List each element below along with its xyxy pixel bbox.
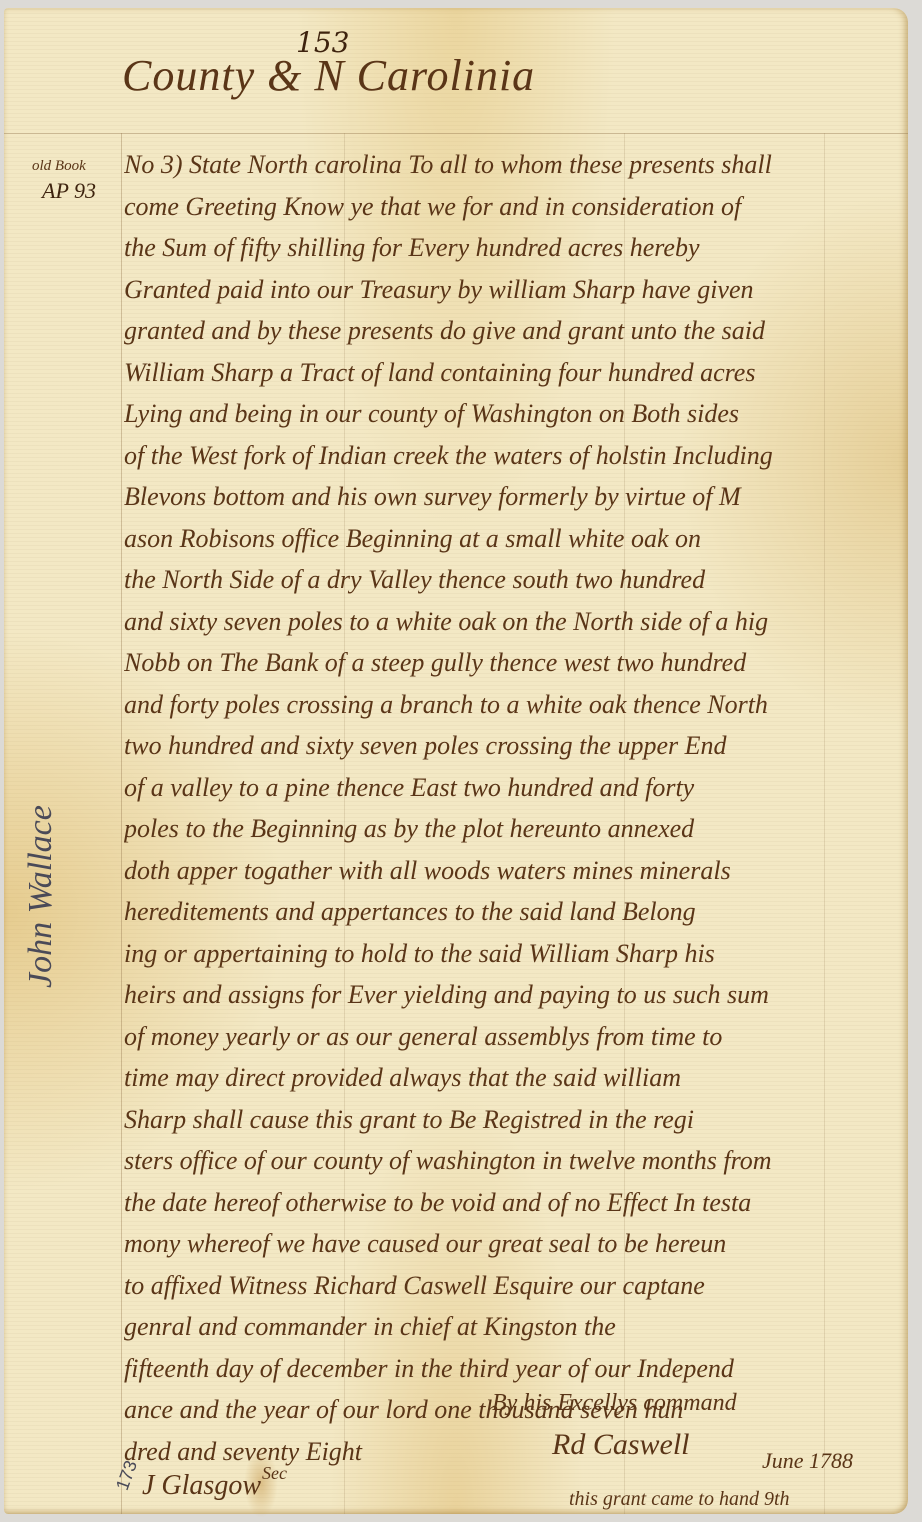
recorded-note: this grant came to hand 9th (569, 1488, 790, 1511)
body-line: Blevons bottom and his own survey former… (124, 476, 914, 518)
body-line: mony whereof we have caused our great se… (124, 1223, 914, 1265)
body-line: time may direct provided always that the… (124, 1057, 914, 1099)
body-line: hereditements and appertances to the sai… (124, 891, 914, 933)
body-line: Granted paid into our Treasury by willia… (124, 269, 914, 311)
body-line: genral and commander in chief at Kingsto… (124, 1306, 914, 1348)
body-line: Lying and being in our county of Washing… (124, 393, 914, 435)
body-line: heirs and assigns for Ever yielding and … (124, 974, 914, 1016)
body-line: of money yearly or as our general assemb… (124, 1016, 914, 1058)
body-line: Nobb on The Bank of a steep gully thence… (124, 642, 914, 684)
body-line: come Greeting Know ye that we for and in… (124, 186, 914, 228)
body-line: Sharp shall cause this grant to Be Regis… (124, 1099, 914, 1141)
margin-rule (121, 133, 122, 1514)
margin-reference: AP 93 (42, 178, 96, 204)
body-line: granted and by these presents do give an… (124, 310, 914, 352)
margin-note: old Book (32, 158, 86, 175)
body-line: fifteenth day of december in the third y… (124, 1348, 914, 1390)
body-line: No 3) State North carolina To all to who… (124, 144, 914, 186)
header-rule (4, 133, 908, 134)
body-line: the date hereof otherwise to be void and… (124, 1182, 914, 1224)
body-line: doth apper togather with all woods water… (124, 850, 914, 892)
body-line: poles to the Beginning as by the plot he… (124, 808, 914, 850)
body-line: the Sum of fifty shilling for Every hund… (124, 227, 914, 269)
body-line: to affixed Witness Richard Caswell Esqui… (124, 1265, 914, 1307)
manuscript-page: 153 County & N Carolinia old Book AP 93 … (4, 8, 908, 1514)
body-line: two hundred and sixty seven poles crossi… (124, 725, 914, 767)
margin-grantee-name: John Wallace (22, 805, 60, 988)
body-line: ing or appertaining to hold to the said … (124, 933, 914, 975)
page-heading: County & N Carolinia (122, 50, 535, 101)
clerk-number: 173 (112, 1458, 142, 1493)
body-line: ason Robisons office Beginning at a smal… (124, 518, 914, 560)
recorded-date: June 1788 (762, 1448, 853, 1474)
closing-line: By his Excellys command (492, 1390, 737, 1417)
body-line: of the West fork of Indian creek the wat… (124, 435, 914, 477)
body-line: and forty poles crossing a branch to a w… (124, 684, 914, 726)
secretary-signature: J Glasgow (142, 1470, 261, 1502)
grant-body: No 3) State North carolina To all to who… (124, 144, 914, 1472)
body-line: of a valley to a pine thence East two hu… (124, 767, 914, 809)
body-line: sters office of our county of washington… (124, 1140, 914, 1182)
governor-signature: Rd Caswell (552, 1428, 690, 1462)
body-line: the North Side of a dry Valley thence so… (124, 559, 914, 601)
secretary-suffix: Sec (262, 1463, 287, 1484)
body-line: William Sharp a Tract of land containing… (124, 352, 914, 394)
body-line: and sixty seven poles to a white oak on … (124, 601, 914, 643)
